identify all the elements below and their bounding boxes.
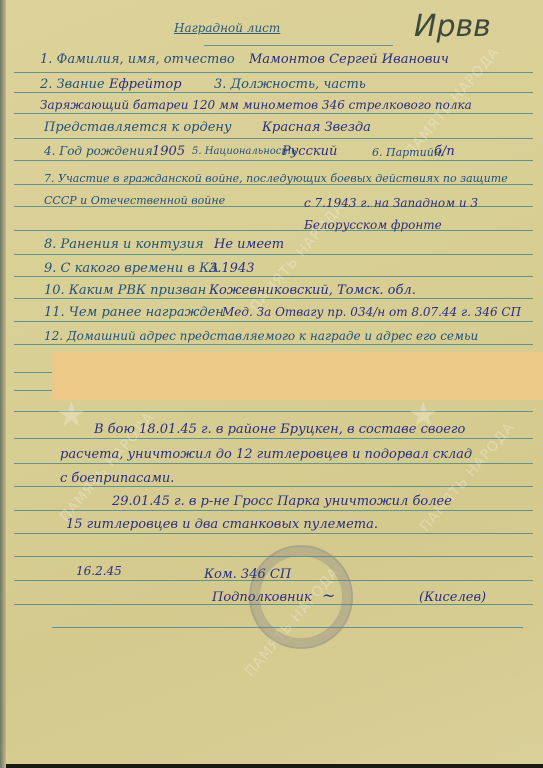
corner-mark: Ирвв (414, 12, 491, 42)
field-value-nationality: Русский (282, 145, 337, 158)
field-label-position: 3. Должность, часть (214, 78, 366, 91)
ruled-line (14, 138, 533, 139)
award-sheet: ★ ★ ПАМЯТЬ НАРОДА ПАМЯТЬ НАРОДА ПАМЯТЬ Н… (4, 0, 543, 764)
document-title: Наградной лист (174, 22, 280, 34)
field-value-draft: Кожевниковский, Томск. обл. (209, 284, 416, 297)
field-value-birth-year: 1905 (152, 145, 185, 158)
field-value-party: б/п (434, 145, 455, 158)
field-value-since: 3.1943 (209, 262, 255, 275)
watermark-star-icon: ★ (56, 395, 86, 435)
field-value-rank: Ефрейтор (109, 78, 182, 91)
field-label-nationality: 5. Национальность (192, 147, 296, 157)
paper-edge (0, 0, 6, 768)
signature-position: Ком. 346 СП (204, 568, 291, 581)
ruled-line (14, 113, 533, 114)
ruled-line (14, 72, 533, 73)
ruled-line (204, 45, 393, 46)
narrative-line: 15 гитлеровцев и два станковых пулемета. (66, 518, 378, 531)
narrative-line: 29.01.45 г. в р-не Гросс Парка уничтожил… (112, 495, 452, 508)
ruled-line (14, 533, 533, 534)
field-value-position: Заряжающий батареи 120 мм минометов 346 … (40, 99, 472, 111)
narrative-line: расчета, уничтожил до 12 гитлеровцев и п… (60, 448, 472, 461)
ruled-line (14, 160, 533, 161)
field-label-previous-awards: 11. Чем ранее награжден (44, 306, 224, 319)
redacted-address (52, 352, 543, 400)
narrative-line: с боеприпасами. (60, 472, 174, 485)
ruled-line (14, 438, 533, 439)
field-value-wounds: Не имеет (214, 238, 284, 251)
field-label-birth-year: 4. Год рождения (44, 145, 153, 157)
ruled-line (14, 321, 533, 322)
field-label-address: 12. Домашний адрес представляемого к наг… (44, 330, 478, 342)
ruled-line (14, 254, 533, 255)
signature-scribble: ~ (322, 588, 335, 604)
ruled-line (14, 463, 533, 464)
field-value-previous-awards: Мед. За Отвагу пр. 034/н от 8.07.44 г. 3… (222, 306, 521, 318)
document-date: 16.2.45 (76, 565, 122, 577)
field-label-since: 9. С какого времени в КА (44, 262, 219, 275)
field-value-name: Мамонтов Сергей Иванович (249, 53, 449, 66)
ruled-line (14, 510, 533, 511)
ruled-line (14, 411, 533, 412)
field-label-draft: 10. Каким РВК призван (44, 284, 206, 297)
field-label-rank: 2. Звание (40, 78, 105, 91)
field-label-award: Представляется к ордену (44, 121, 232, 134)
field-label-name: 1. Фамилия, имя, отчество (40, 53, 235, 66)
field-label-wounds: 8. Ранения и контузия (44, 238, 204, 251)
signature-rank: Подполковник (212, 591, 312, 604)
ruled-line (14, 344, 533, 345)
field-value-award: Красная Звезда (262, 121, 371, 134)
field-value-service: с 7.1943 г. на Западном и 3 Белорусском … (304, 192, 534, 236)
signature-name: (Киселев) (419, 591, 486, 604)
narrative-line: В бою 18.01.45 г. в районе Бруцкен, в со… (94, 423, 465, 436)
